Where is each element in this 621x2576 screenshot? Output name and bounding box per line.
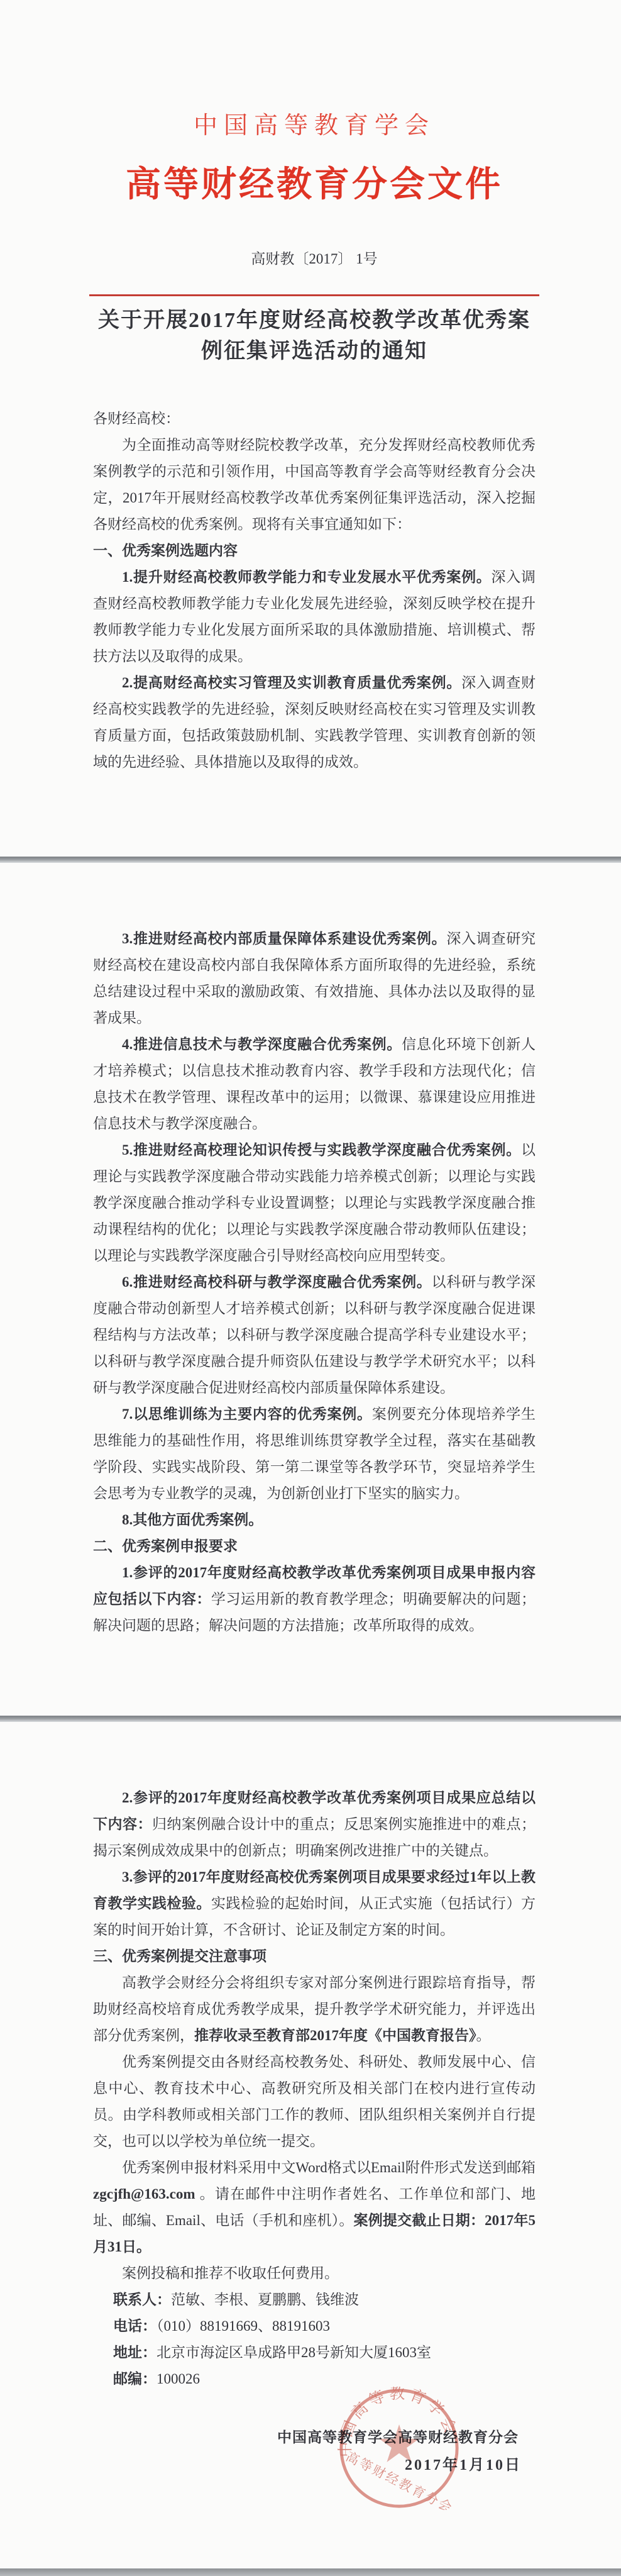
case-item-1: 1.提升财经高校教师教学能力和专业发展水平优秀案例。深入调查财经高校教师教学能力… bbox=[93, 564, 536, 670]
contact-phone-label: 电话： bbox=[113, 2318, 157, 2334]
submission-paragraph-1-post: 。 bbox=[476, 2028, 491, 2043]
contact-phone-value: （010）88191669、88191603 bbox=[157, 2318, 330, 2334]
page-break-2 bbox=[0, 1716, 621, 1722]
notice-title-line2: 例征集评选活动的通知 bbox=[93, 336, 536, 367]
case-item-4: 4.推进信息技术与教学深度融合优秀案例。信息化环境下创新人才培养模式；以信息技术… bbox=[93, 1031, 536, 1137]
case-item-7-title: 7.以思维训练为主要内容的优秀案例。 bbox=[122, 1406, 372, 1422]
salutation: 各财经高校： bbox=[93, 406, 536, 432]
submission-paragraph-3: 优秀案例申报材料采用中文Word格式以Email附件形式发送到邮箱zgcjfh@… bbox=[93, 2155, 536, 2260]
case-item-2-title: 2.提高财经高校实习管理及实训教育质量优秀案例。 bbox=[122, 675, 461, 691]
case-item-5-title: 5.推进财经高校理论知识传授与实践教学深度融合优秀案例。 bbox=[122, 1142, 521, 1158]
page-2: 3.推进财经高校内部质量保障体系建设优秀案例。深入调查研究财经高校在建设高校内部… bbox=[0, 863, 621, 1716]
signature-date: 2017年1月10日 bbox=[93, 2449, 522, 2482]
requirement-2-text: 归纳案例融合设计中的重点；反思案例实施推进中的难点；揭示案例成效成果中的创新点；… bbox=[93, 1816, 536, 1858]
case-item-8: 8.其他方面优秀案例。 bbox=[93, 1507, 536, 1533]
document-number: 高财教〔2017〕 1号 bbox=[93, 247, 536, 268]
contact-postcode-value: 100026 bbox=[157, 2371, 200, 2387]
case-item-4-title: 4.推进信息技术与教学深度融合优秀案例。 bbox=[122, 1036, 402, 1052]
case-item-1-title: 1.提升财经高校教师教学能力和专业发展水平优秀案例。 bbox=[122, 569, 492, 585]
contact-person-line: 联系人：范敏、李根、夏鹏鹏、钱维波 bbox=[113, 2287, 536, 2313]
case-item-6: 6.推进财经高校科研与教学深度融合优秀案例。以科研与教学深度融合带动创新型人才培… bbox=[93, 1269, 536, 1401]
contact-address-value: 北京市海淀区阜成路甲28号新知大厦1603室 bbox=[157, 2345, 431, 2360]
page-break-1 bbox=[0, 857, 621, 863]
report-inclusion-highlight: 推荐收录至教育部2017年度《中国教育报告》 bbox=[194, 2028, 476, 2043]
case-item-8-title: 8.其他方面优秀案例。 bbox=[122, 1512, 263, 1528]
contact-postcode-label: 邮编： bbox=[113, 2371, 157, 2387]
page-3: 2.参评的2017年度财经高校教学改革优秀案例项目成果应总结以下内容：归纳案例融… bbox=[0, 1722, 621, 2568]
requirement-3: 3.参评的2017年度财经高校优秀案例项目成果要求经过1年以上教育教学实践检验。… bbox=[93, 1864, 536, 1943]
notice-title: 关于开展2017年度财经高校教学改革优秀案 例征集评选活动的通知 bbox=[93, 305, 536, 367]
case-item-6-title: 6.推进财经高校科研与教学深度融合优秀案例。 bbox=[122, 1274, 432, 1290]
contact-block: 联系人：范敏、李根、夏鹏鹏、钱维波 电话：（010）88191669、88191… bbox=[113, 2287, 536, 2392]
signature-org: 中国高等教育学会高等财经教育分会 bbox=[93, 2426, 519, 2449]
scan-bottom-edge bbox=[0, 2568, 621, 2576]
submission-paragraph-3-pre: 优秀案例申报材料采用中文Word格式以Email附件形式发送到邮箱 bbox=[122, 2160, 536, 2175]
contact-person-value: 范敏、李根、夏鹏鹏、钱维波 bbox=[171, 2292, 359, 2307]
intro-paragraph: 为全面推动高等财经院校教学改革，充分发挥财经高校教师优秀案例教学的示范和引领作用… bbox=[93, 432, 536, 538]
contact-address-line: 地址：北京市海淀区阜成路甲28号新知大厦1603室 bbox=[113, 2340, 536, 2366]
section-2-heading: 二、优秀案例申报要求 bbox=[93, 1533, 536, 1560]
contact-phone-line: 电话：（010）88191669、88191603 bbox=[113, 2313, 536, 2340]
document-banner: 高等财经教育分会文件 bbox=[93, 157, 536, 207]
submission-paragraph-2: 优秀案例提交由各财经高校教务处、科研处、教师发展中心、信息中心、教育技术中心、高… bbox=[93, 2049, 536, 2155]
notice-title-line1: 关于开展2017年度财经高校教学改革优秀案 bbox=[93, 305, 536, 336]
section-3-heading: 三、优秀案例提交注意事项 bbox=[93, 1943, 536, 1970]
requirement-1: 1.参评的2017年度财经高校教学改革优秀案例项目成果申报内容应包括以下内容：学… bbox=[93, 1560, 536, 1639]
case-item-5-text: 以理论与实践教学深度融合带动实践能力培养模式创新；以理论与实践教学深度融合推动学… bbox=[93, 1142, 536, 1263]
case-item-6-text: 以科研与教学深度融合带动创新型人才培养模式创新；以科研与教学深度融合促进课程结构… bbox=[93, 1274, 536, 1396]
section-1-heading: 一、优秀案例选题内容 bbox=[93, 538, 536, 564]
submission-paragraph-1: 高教学会财经分会将组织专家对部分案例进行跟踪培育指导，帮助财经高校培育成优秀教学… bbox=[93, 1970, 536, 2049]
case-item-3-title: 3.推进财经高校内部质量保障体系建设优秀案例。 bbox=[122, 931, 446, 947]
issuing-org-name: 中国高等教育学会 bbox=[93, 106, 536, 140]
contact-address-label: 地址： bbox=[113, 2345, 157, 2360]
submission-email: zgcjfh@163.com bbox=[93, 2186, 195, 2202]
page-1: 中国高等教育学会 高等财经教育分会文件 高财教〔2017〕 1号 关于开展201… bbox=[0, 0, 621, 857]
contact-person-label: 联系人： bbox=[113, 2292, 171, 2307]
case-item-5: 5.推进财经高校理论知识传授与实践教学深度融合优秀案例。以理论与实践教学深度融合… bbox=[93, 1137, 536, 1269]
case-item-7: 7.以思维训练为主要内容的优秀案例。案例要充分体现培养学生思维能力的基础性作用，… bbox=[93, 1401, 536, 1507]
case-item-2: 2.提高财经高校实习管理及实训教育质量优秀案例。深入调查财经高校实践教学的先进经… bbox=[93, 670, 536, 775]
scanned-document: 中国高等教育学会 高等财经教育分会文件 高财教〔2017〕 1号 关于开展201… bbox=[0, 0, 621, 2576]
red-divider-line bbox=[89, 294, 539, 296]
contact-postcode-line: 邮编：100026 bbox=[113, 2366, 536, 2392]
case-item-3: 3.推进财经高校内部质量保障体系建设优秀案例。深入调查研究财经高校在建设高校内部… bbox=[93, 926, 536, 1031]
requirement-2: 2.参评的2017年度财经高校教学改革优秀案例项目成果应总结以下内容：归纳案例融… bbox=[93, 1785, 536, 1864]
no-fee-note: 案例投稿和推荐不收取任何费用。 bbox=[93, 2260, 536, 2287]
